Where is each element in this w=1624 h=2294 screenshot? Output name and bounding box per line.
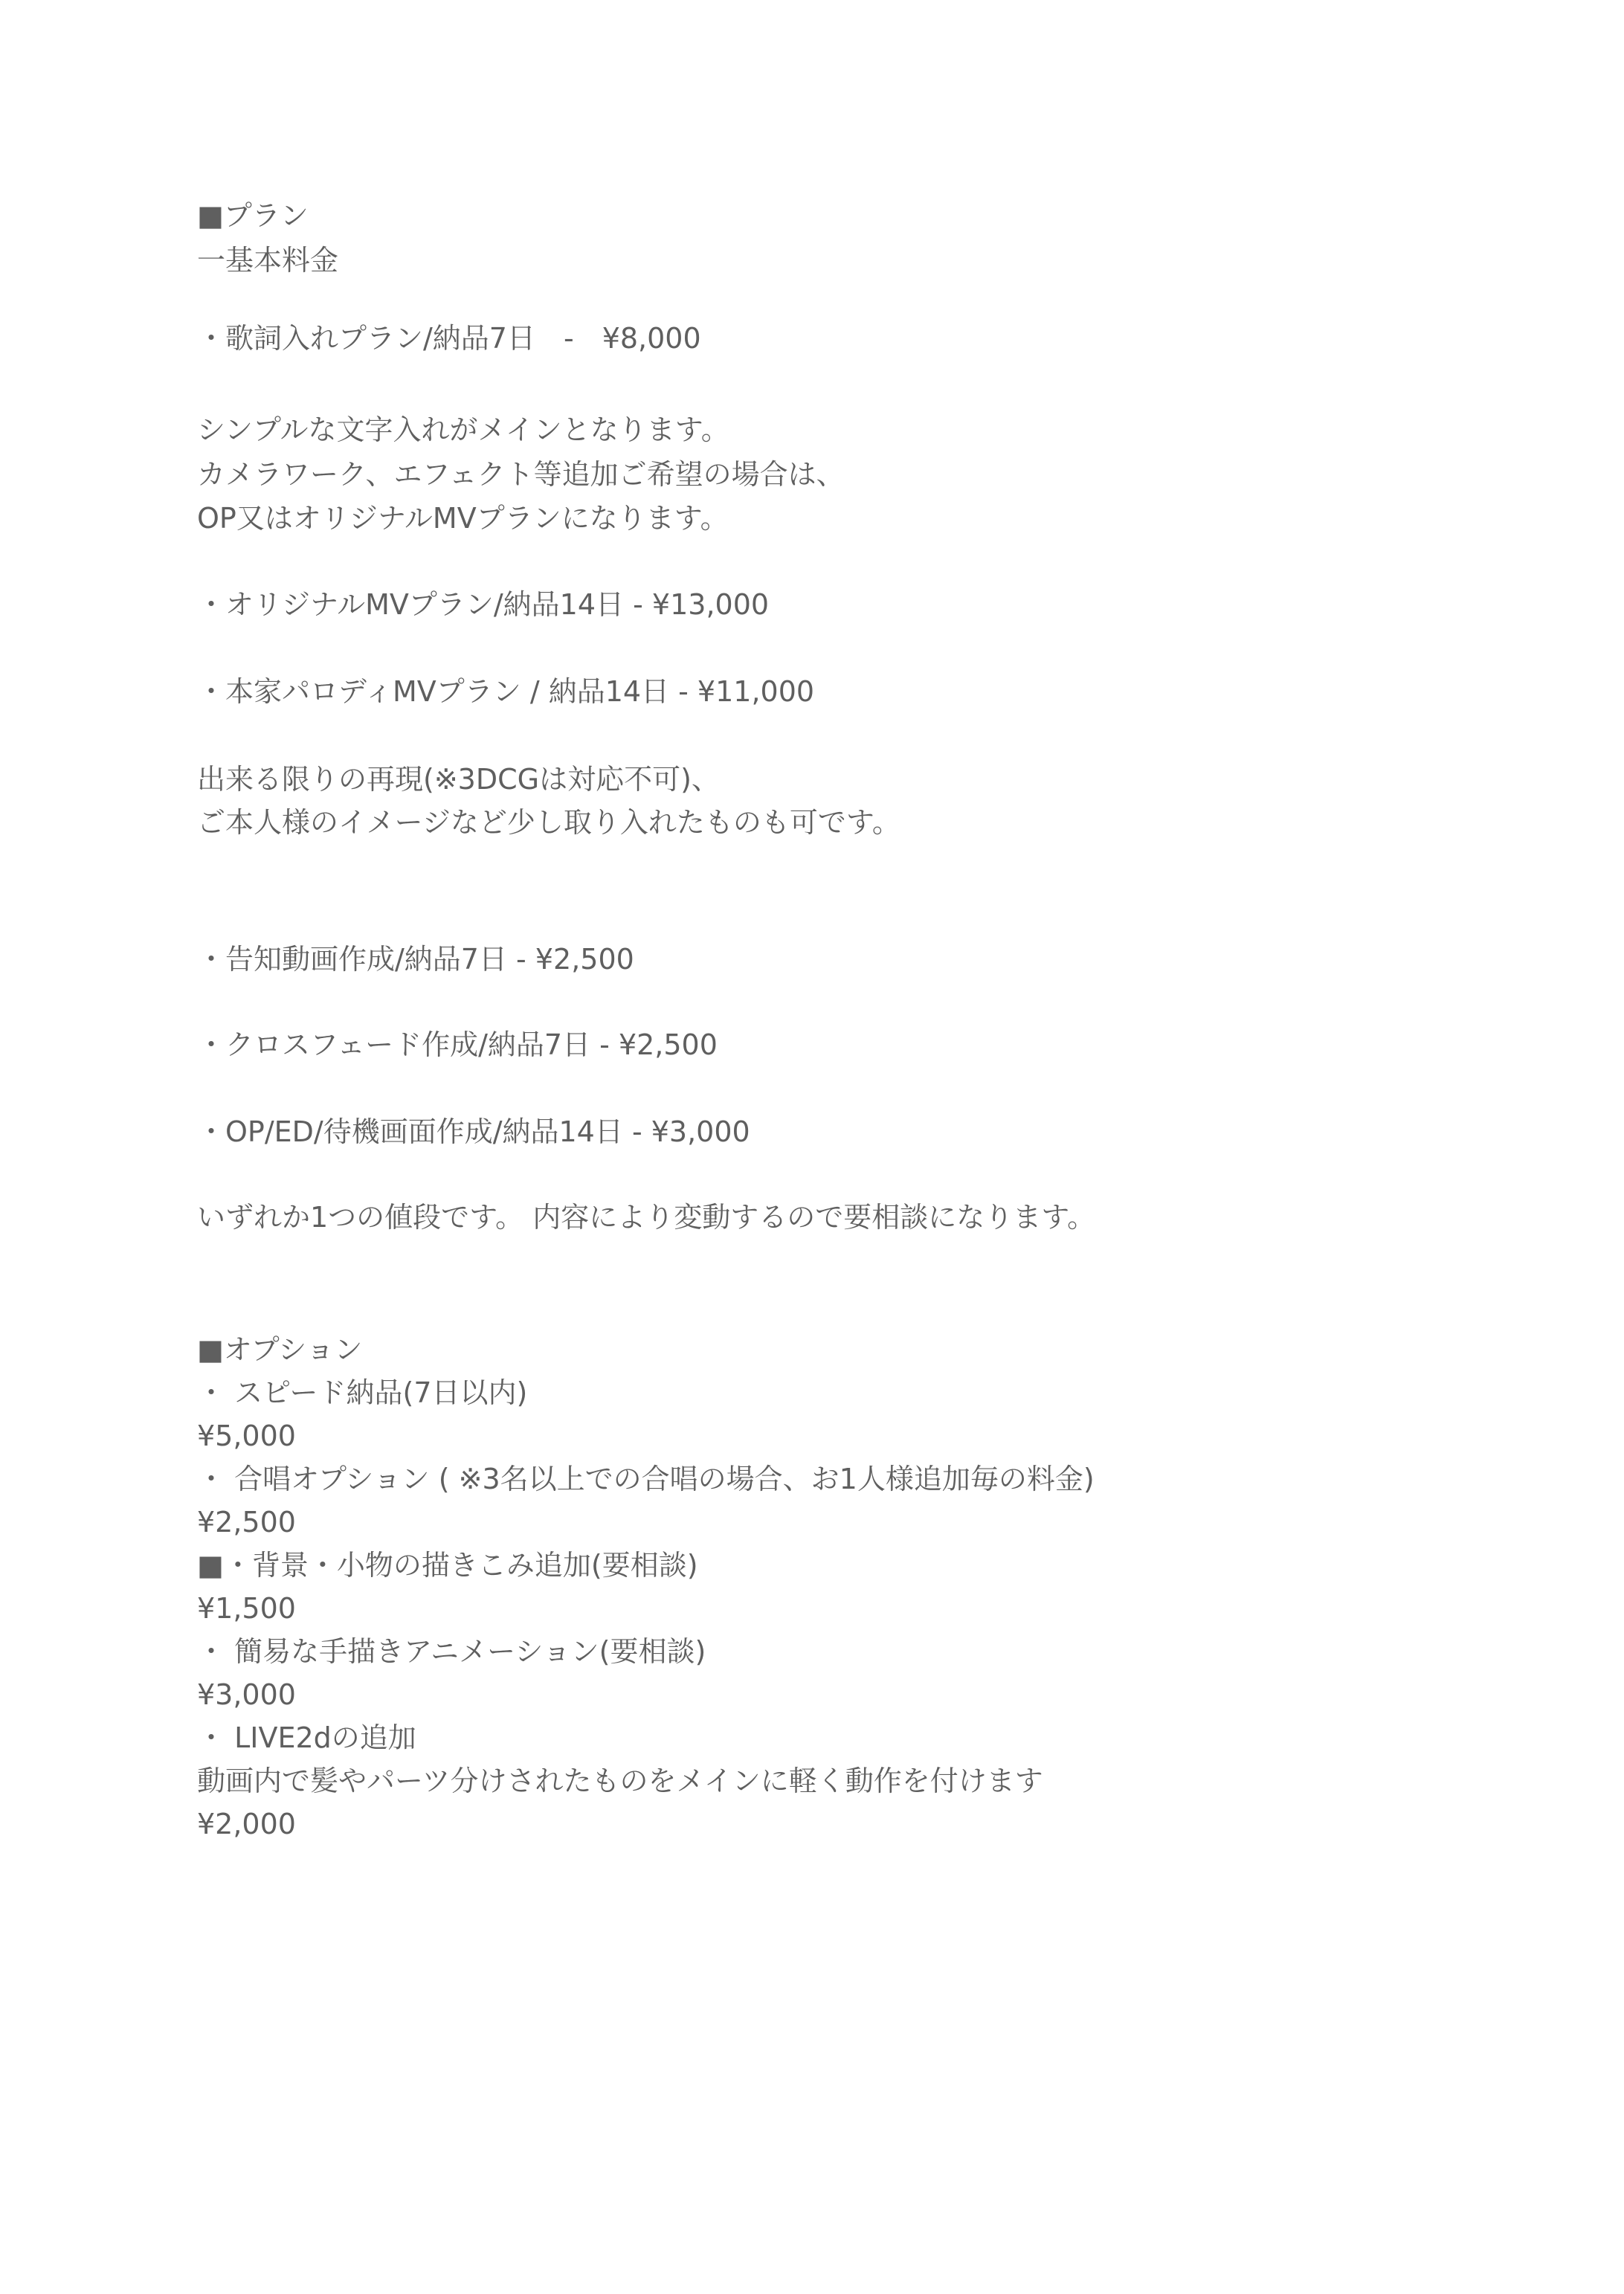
crossfade-line: ・クロスフェード作成/納品7日 - ¥2,500 [197,1026,718,1063]
options-heading: ■オプション [197,1331,362,1368]
option-speed-label: ・ スピード納品(7日以内) [197,1374,527,1411]
document-page: ■プラン 一基本料金 ・歌詞入れプラン/納品7日 - ¥8,000 シンプルな文… [0,0,1624,2294]
lyrics-desc-line-2: カメラワーク、エフェクト等追加ご希望の場合は、 [197,456,845,493]
option-live2d-desc: 動画内で髪やパーツ分けされたものをメインに軽く動作を付けます [197,1762,1043,1800]
option-live2d-label: ・ LIVE2dの追加 [197,1719,416,1756]
option-speed-price: ¥5,000 [197,1417,296,1454]
plans-note: いずれか1つの値段です。 内容により変動するので要相談になります。 [197,1199,1095,1236]
parody-desc-line-2: ご本人様のイメージなど少し取り入れたものも可です。 [197,804,900,841]
parody-desc-line-1: 出来る限りの再現(※3DCGは対応不可)、 [197,761,720,798]
option-animation-label: ・ 簡易な手描きアニメーション(要相談) [197,1633,706,1670]
option-chorus-label: ・ 合唱オプション ( ※3名以上での合唱の場合、お1人様追加毎の料金) [197,1460,1095,1498]
option-background-label: ■・背景・小物の描きこみ追加(要相談) [197,1547,698,1584]
announcement-video-line: ・告知動画作成/納品7日 - ¥2,500 [197,941,634,978]
op-ed-standby-line: ・OP/ED/待機画面作成/納品14日 - ¥3,000 [197,1113,750,1150]
plans-heading: ■プラン [197,197,309,234]
lyrics-plan-line: ・歌詞入れプラン/納品7日 - ¥8,000 [197,320,701,357]
parody-mv-plan-line: ・本家パロディMVプラン / 納品14日 - ¥11,000 [197,673,814,710]
option-background-price: ¥1,500 [197,1590,296,1627]
lyrics-desc-line-3: OP又はオリジナルMVプランになります。 [197,500,729,537]
option-animation-price: ¥3,000 [197,1676,296,1713]
base-price-subheading: 一基本料金 [197,242,338,279]
original-mv-plan-line: ・オリジナルMVプラン/納品14日 - ¥13,000 [197,586,769,623]
option-live2d-price: ¥2,000 [197,1805,296,1843]
option-chorus-price: ¥2,500 [197,1504,296,1541]
lyrics-desc-line-1: シンプルな文字入れがメインとなります。 [197,411,729,448]
